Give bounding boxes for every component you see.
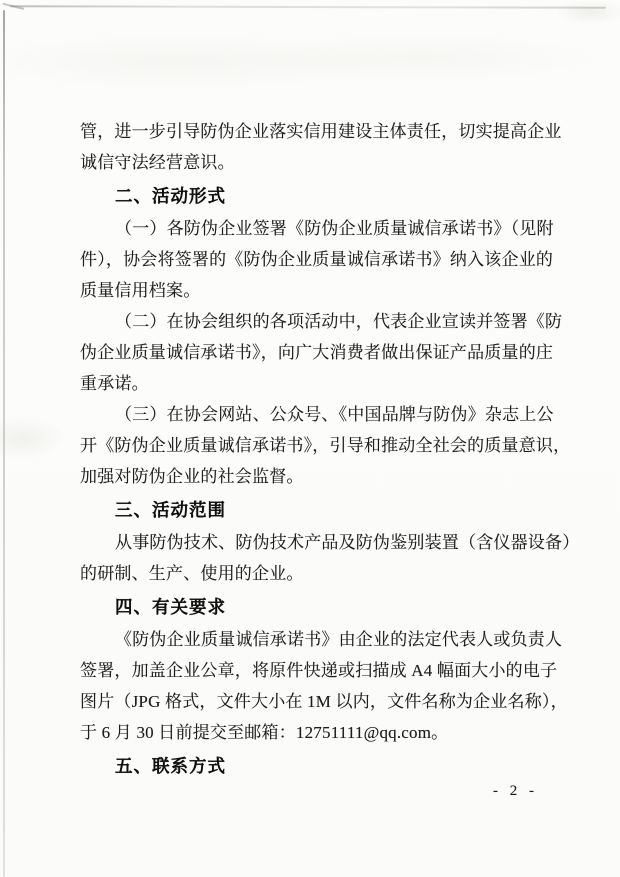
section-heading: 四、有关要求 — [80, 592, 570, 623]
document-body: 管，进一步引导防伪企业落实信用建设主体责任，切实提高企业诚信守法经营意识。二、活… — [80, 116, 570, 783]
text-line: （二）在协会组织的各项活动中，代表企业宣读并签署《防 — [80, 306, 570, 337]
text-line: 的研制、生产、使用的企业。 — [80, 558, 570, 589]
text-line: 开《防伪企业质量诚信承诺书》，引导和推动全社会的质量意识， — [80, 430, 570, 461]
scan-edge-left — [3, 10, 5, 877]
page-number: - 2 - — [493, 781, 538, 801]
text-line: 于 6 月 30 日前提交至邮箱：12751111@qq.com。 — [80, 717, 570, 748]
text-line: 加强对防伪企业的社会监督。 — [80, 461, 570, 492]
text-line: （一）各防伪企业签署《防伪企业质量诚信承诺书》（见附 — [80, 213, 570, 244]
text-line: 质量信用档案。 — [80, 275, 570, 306]
text-line: 伪企业质量诚信承诺书》，向广大消费者做出保证产品质量的庄 — [80, 337, 570, 368]
text-line: 《防伪企业质量诚信承诺书》由企业的法定代表人或负责人 — [80, 624, 570, 655]
section-heading: 三、活动范围 — [80, 495, 570, 526]
section-heading: 五、联系方式 — [80, 751, 570, 782]
text-line: 管，进一步引导防伪企业落实信用建设主体责任，切实提高企业 — [80, 116, 570, 147]
text-line: 件），协会将签署的《防伪企业质量诚信承诺书》纳入该企业的 — [80, 244, 570, 275]
text-line: 诚信守法经营意识。 — [80, 147, 570, 178]
scan-edge-top — [10, 5, 606, 9]
text-line: 从事防伪技术、防伪技术产品及防伪鉴别装置（含仪器设备） — [80, 527, 570, 558]
text-line: （三）在协会网站、公众号、《中国品牌与防伪》杂志上公 — [80, 399, 570, 430]
text-line: 图片（JPG 格式，文件大小在 1M 以内，文件名称为企业名称）， — [80, 686, 570, 717]
text-line: 重承诺。 — [80, 368, 570, 399]
document-page: 管，进一步引导防伪企业落实信用建设主体责任，切实提高企业诚信守法经营意识。二、活… — [0, 0, 620, 877]
scan-edge-top-corner — [2, 3, 24, 10]
text-line: 签署，加盖企业公章，将原件快递或扫描成 A4 幅面大小的电子 — [80, 655, 570, 686]
section-heading: 二、活动形式 — [80, 181, 570, 212]
